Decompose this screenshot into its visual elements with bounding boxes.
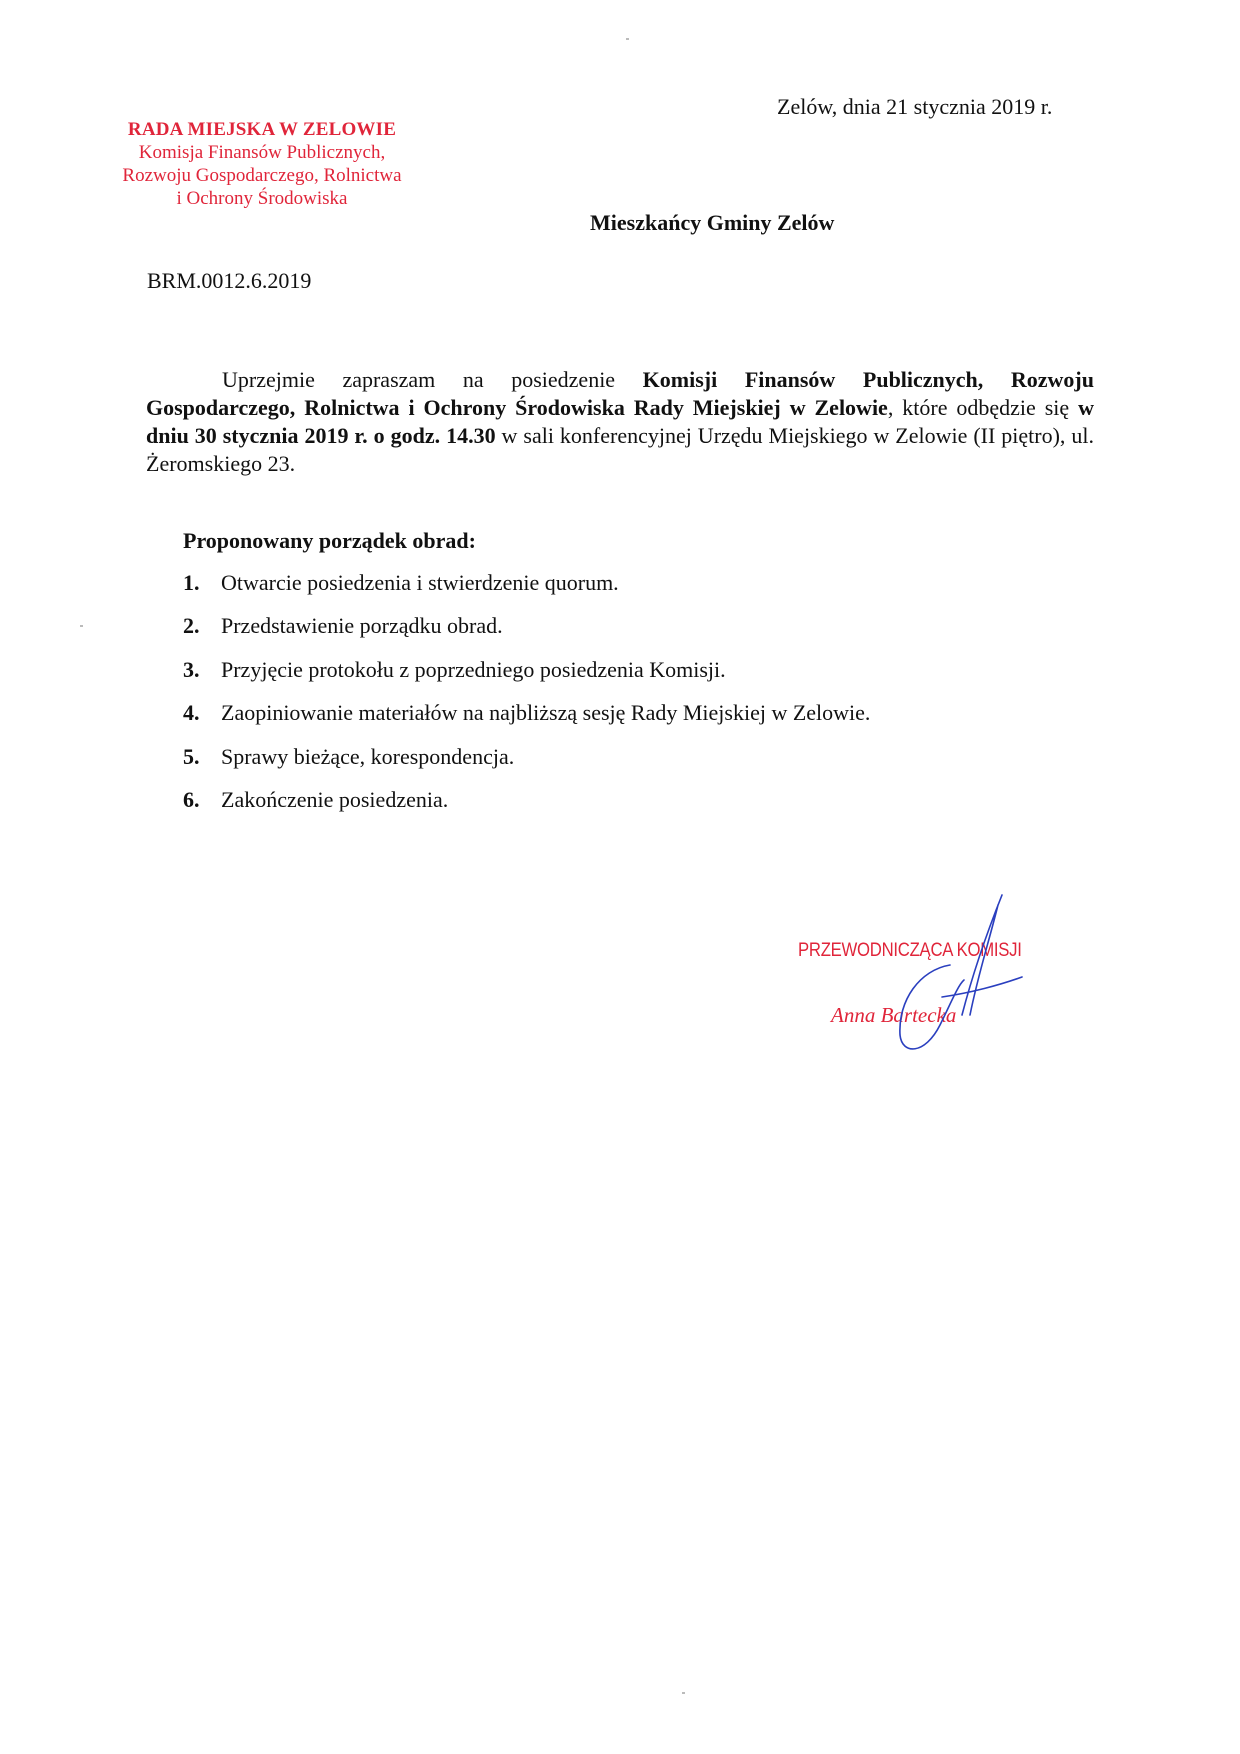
stamp-line: i Ochrony Środowiska [96, 187, 428, 210]
agenda-item: 6.Zakończenie posiedzenia. [183, 787, 870, 830]
scan-speck [682, 1692, 685, 1694]
place-date: Zelów, dnia 21 stycznia 2019 r. [777, 94, 1052, 120]
handwritten-signature-icon [880, 885, 1030, 1065]
stamp-line: Komisja Finansów Publicznych, [96, 141, 428, 164]
agenda-item: 2.Przedstawienie porządku obrad. [183, 613, 870, 656]
invitation-paragraph: Uprzejmie zapraszam na posiedzenie Komis… [146, 366, 1094, 478]
agenda-item: 4.Zaopiniowanie materiałów na najbliższą… [183, 700, 870, 743]
agenda-item: 5.Sprawy bieżące, korespondencja. [183, 744, 870, 787]
reference-number: BRM.0012.6.2019 [147, 268, 311, 294]
scan-speck [80, 625, 83, 627]
scan-speck [626, 38, 629, 40]
stamp-line: Rozwoju Gospodarczego, Rolnictwa [96, 164, 428, 187]
agenda-item: 3.Przyjęcie protokołu z poprzedniego pos… [183, 657, 870, 700]
invitation-text: , które odbędzie się [888, 395, 1078, 420]
addressee: Mieszkańcy Gminy Zelów [590, 210, 834, 236]
agenda-item: 1.Otwarcie posiedzenia i stwierdzenie qu… [183, 570, 870, 613]
stamp-title: RADA MIEJSKA W ZELOWIE [96, 118, 428, 141]
council-stamp: RADA MIEJSKA W ZELOWIE Komisja Finansów … [96, 118, 428, 210]
agenda-list: 1.Otwarcie posiedzenia i stwierdzenie qu… [183, 570, 870, 830]
invitation-text: Uprzejmie zapraszam na posiedzenie [222, 367, 643, 392]
agenda-title: Proponowany porządek obrad: [183, 528, 476, 554]
